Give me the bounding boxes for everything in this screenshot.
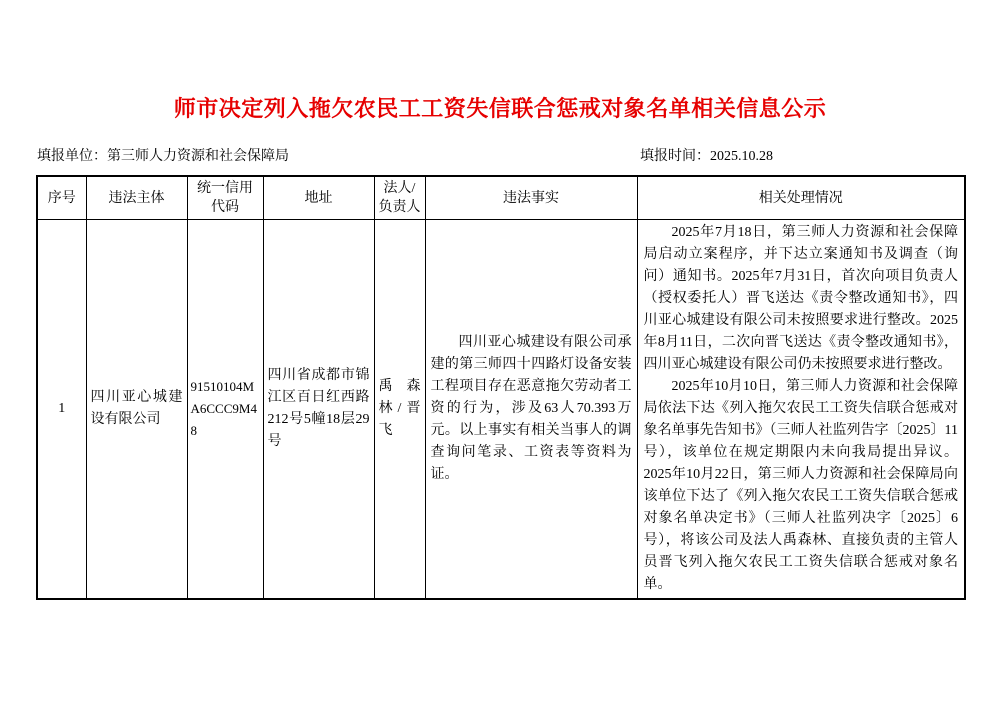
reporting-time-label: 填报时间： (640, 149, 710, 164)
handling-paragraph-1: 2025年7月18日，第三师人力资源和社会保障局启动立案程序，并下达立案通知书及… (644, 222, 959, 376)
column-header-legal-person: 法人/负责人 (374, 176, 425, 220)
cell-legal-person: 禹森林/晋飞 (374, 220, 425, 600)
column-header-subject: 违法主体 (86, 176, 187, 220)
reporting-unit: 填报单位：第三师人力资源和社会保障局 (37, 145, 289, 165)
cell-credit-code: 91510104MA6CCC9M48 (187, 220, 263, 600)
cell-serial-number: 1 (37, 220, 86, 600)
column-header-facts: 违法事实 (425, 176, 637, 220)
column-header-address: 地址 (263, 176, 374, 220)
cell-facts: 四川亚心城建设有限公司承建的第三师四十四路灯设备安装工程项目存在恶意拖欠劳动者工… (425, 220, 637, 600)
column-header-serial-number: 序号 (37, 176, 86, 220)
handling-paragraph-2: 2025年10月10日，第三师人力资源和社会保障局依法下达《列入拖欠农民工工资失… (644, 376, 959, 596)
reporting-unit-label: 填报单位： (37, 149, 107, 164)
column-header-handling: 相关处理情况 (637, 176, 965, 220)
reporting-time: 填报时间：2025.10.28 (640, 145, 773, 165)
page-title: 师市决定列入拖欠农民工工资失信联合惩戒对象名单相关信息公示 (0, 92, 1000, 123)
cell-subject: 四川亚心城建设有限公司 (86, 220, 187, 600)
meta-row: 填报单位：第三师人力资源和社会保障局 填报时间：2025.10.28 (37, 145, 963, 165)
violation-table: 序号 违法主体 统一信用代码 地址 法人/负责人 违法事实 相关处理情况 1 四… (36, 175, 966, 600)
announcement-page: 师市决定列入拖欠农民工工资失信联合惩戒对象名单相关信息公示 填报单位：第三师人力… (0, 0, 1000, 707)
cell-address: 四川省成都市锦江区百日红西路212号5幢18层29号 (263, 220, 374, 600)
table-row: 1 四川亚心城建设有限公司 91510104MA6CCC9M48 四川省成都市锦… (37, 220, 965, 600)
reporting-unit-value: 第三师人力资源和社会保障局 (107, 149, 289, 164)
cell-handling: 2025年7月18日，第三师人力资源和社会保障局启动立案程序，并下达立案通知书及… (637, 220, 965, 600)
reporting-time-value: 2025.10.28 (710, 149, 773, 164)
column-header-credit-code: 统一信用代码 (187, 176, 263, 220)
header-row: 序号 违法主体 统一信用代码 地址 法人/负责人 违法事实 相关处理情况 (37, 176, 965, 220)
